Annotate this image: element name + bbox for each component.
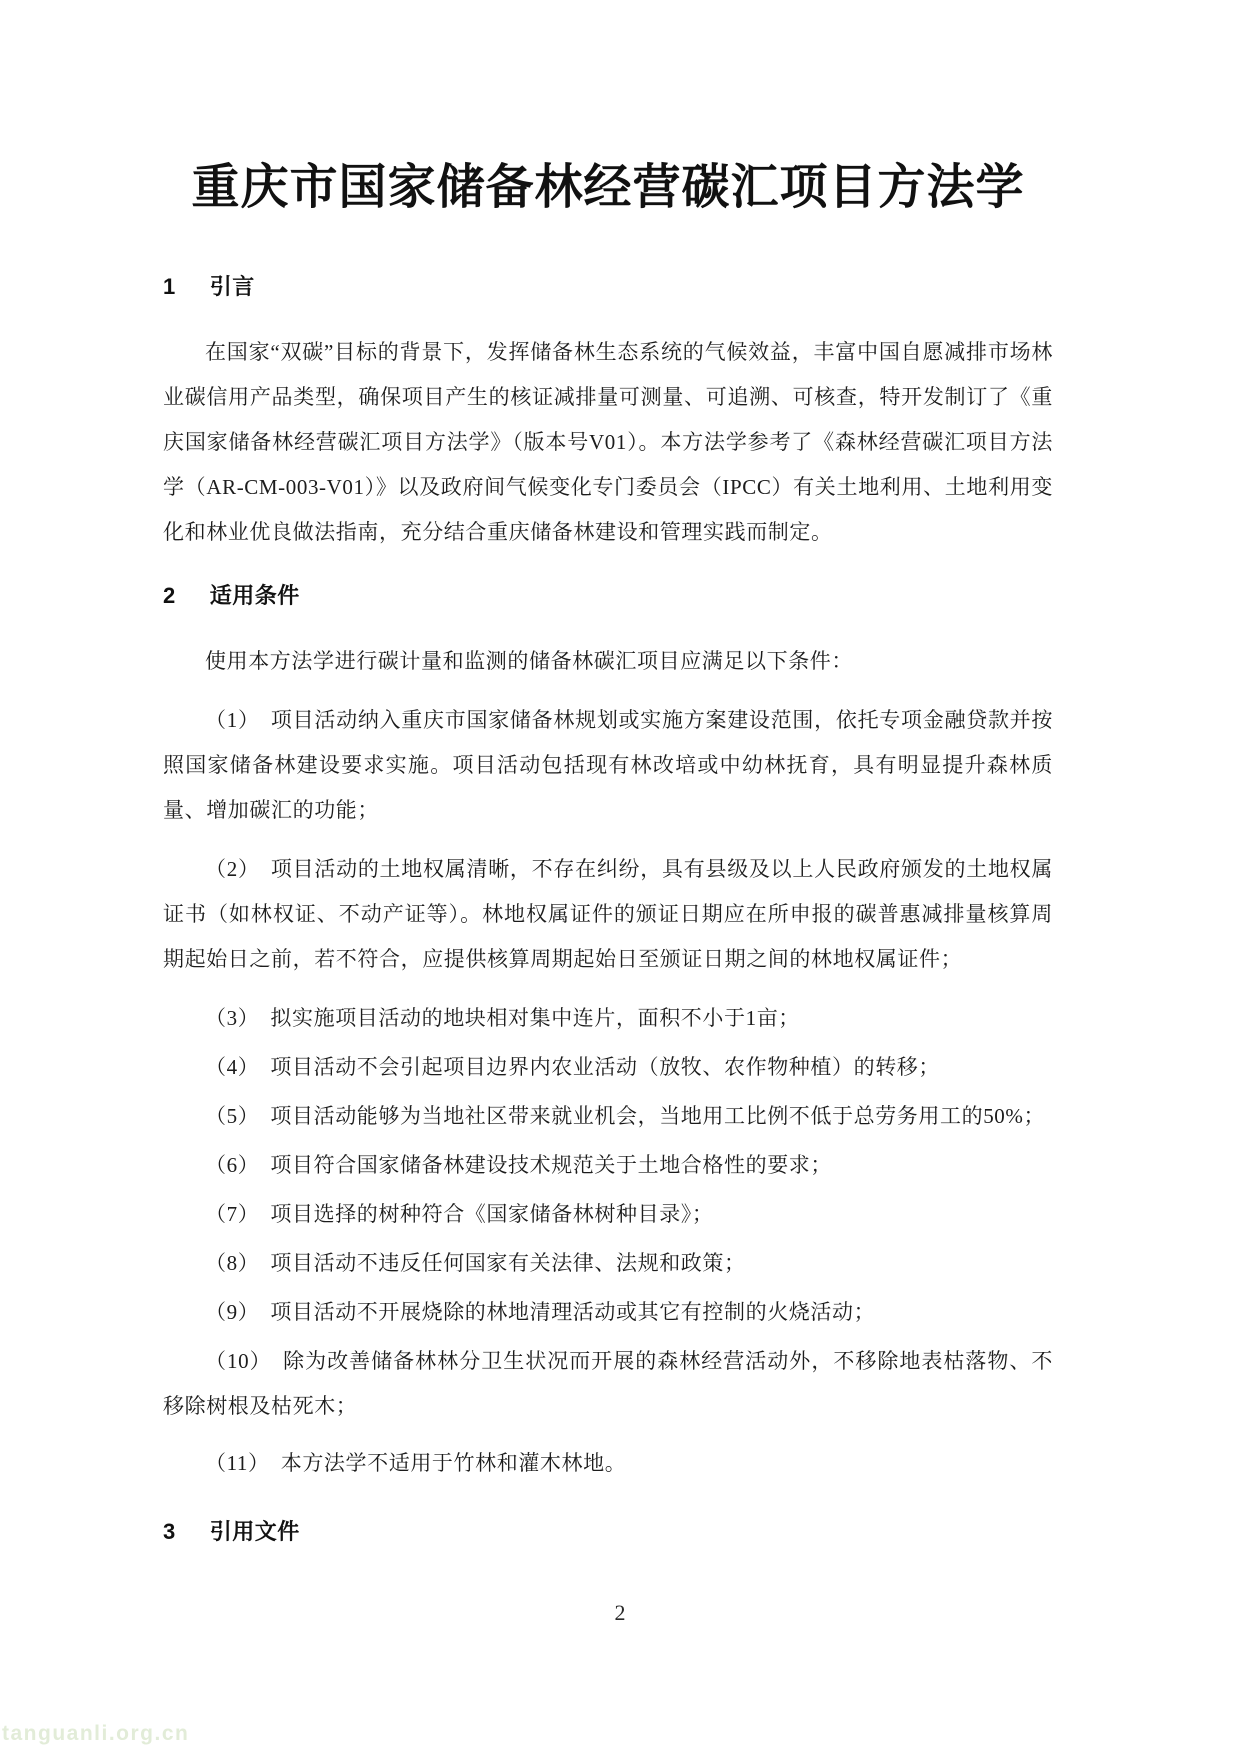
section-heading-references: 3引用文件 [163, 1519, 1053, 1545]
condition-item: （11） 本方法学不适用于竹林和灌木林地。 [163, 1441, 1053, 1486]
section-heading-introduction: 1引言 [163, 274, 1053, 300]
applicability-intro: 使用本方法学进行碳计量和监测的储备林碳汇项目应满足以下条件： [163, 639, 1053, 684]
condition-item: （10） 除为改善储备林林分卫生状况而开展的森林经营活动外，不移除地表枯落物、不… [163, 1339, 1053, 1429]
section-heading-applicability: 2适用条件 [163, 583, 1053, 609]
introduction-paragraph: 在国家“双碳”目标的背景下，发挥储备林生态系统的气候效益，丰富中国自愿减排市场林… [163, 330, 1053, 555]
section-label: 引用文件 [210, 1519, 300, 1544]
condition-item: （2） 项目活动的土地权属清晰，不存在纠纷，具有县级及以上人民政府颁发的土地权属… [163, 847, 1053, 982]
page-content: 重庆市国家储备林经营碳汇项目方法学 1引言 在国家“双碳”目标的背景下，发挥储备… [0, 0, 1240, 1545]
condition-item: （9） 项目活动不开展烧除的林地清理活动或其它有控制的火烧活动； [163, 1290, 1053, 1335]
condition-item: （6） 项目符合国家储备林建设技术规范关于土地合格性的要求； [163, 1143, 1053, 1188]
site-watermark: tanguanli.org.cn [2, 1722, 189, 1746]
page-number: 2 [0, 1600, 1240, 1626]
section-number: 2 [163, 583, 176, 609]
section-label: 适用条件 [210, 583, 300, 608]
condition-item: （5） 项目活动能够为当地社区带来就业机会，当地用工比例不低于总劳务用工的50%… [163, 1094, 1053, 1139]
section-number: 3 [163, 1519, 176, 1545]
section-label: 引言 [210, 274, 255, 299]
section-number: 1 [163, 274, 176, 300]
condition-item: （1） 项目活动纳入重庆市国家储备林规划或实施方案建设范围，依托专项金融贷款并按… [163, 698, 1053, 833]
page-title: 重庆市国家储备林经营碳汇项目方法学 [163, 0, 1053, 216]
document-page: 重庆市国家储备林经营碳汇项目方法学 1引言 在国家“双碳”目标的背景下，发挥储备… [0, 0, 1240, 1753]
condition-item: （3） 拟实施项目活动的地块相对集中连片，面积不小于1亩； [163, 996, 1053, 1041]
condition-item: （7） 项目选择的树种符合《国家储备林树种目录》； [163, 1192, 1053, 1237]
condition-item: （4） 项目活动不会引起项目边界内农业活动（放牧、农作物种植）的转移； [163, 1045, 1053, 1090]
condition-item: （8） 项目活动不违反任何国家有关法律、法规和政策； [163, 1241, 1053, 1286]
